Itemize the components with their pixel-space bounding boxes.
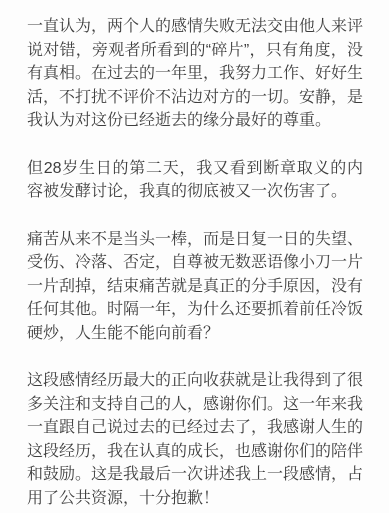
statement-text-block: 一直认为，两个人的感情失败无法交由他人来评说对错，旁观者所看到的“碎片”，只有角… — [0, 0, 389, 510]
paragraph-opening-view: 一直认为，两个人的感情失败无法交由他人来评说对错，旁观者所看到的“碎片”，只有角… — [27, 15, 363, 133]
paragraph-birthday-hurt: 但28岁生日的第二天，我又看到断章取义的内容被发酵讨论，我真的彻底被又一次伤害了… — [27, 157, 363, 204]
paragraph-gratitude-closing: 这段感情经历最大的正向收获就是让我得到了很多关注和支持自己的人，感谢你们。这一年… — [27, 369, 363, 510]
paragraph-pain-breakup-reason: 痛苦从来不是当头一棒，而是日复一日的失望、受伤、冷落、否定，自尊被无数恶语像小刀… — [27, 228, 363, 346]
